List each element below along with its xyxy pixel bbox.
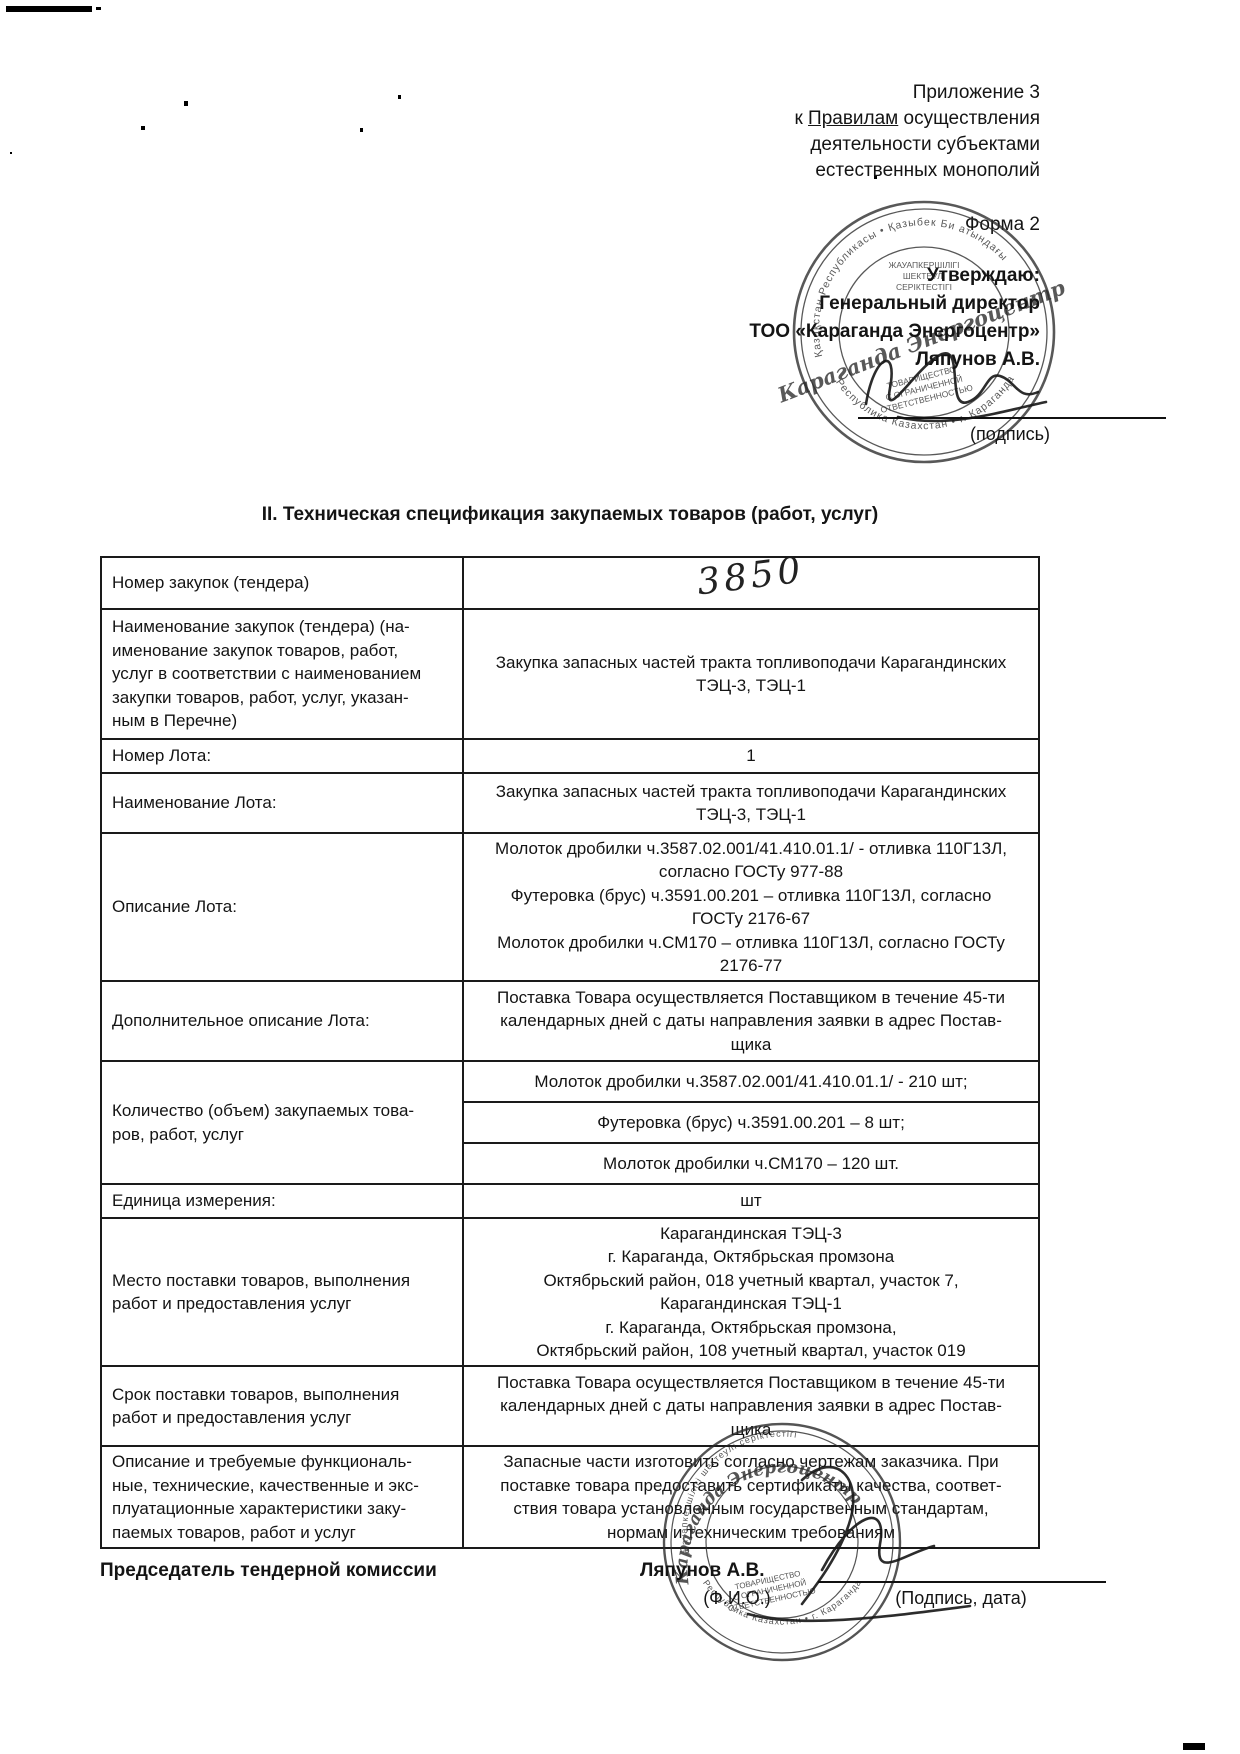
row-value: Карагандинская ТЭЦ-3 г. Караганда, Октяб… bbox=[463, 1218, 1039, 1366]
table-row: Наименование закупок (тендера) (на- имен… bbox=[101, 609, 1039, 739]
row-value: Молоток дробилки ч.СМ170 – 120 шт. bbox=[463, 1143, 1039, 1184]
table-row: Единица измерения: шт bbox=[101, 1184, 1039, 1218]
row-value: Поставка Товара осуществляется Поставщик… bbox=[463, 981, 1039, 1061]
footer-stamp: Жауапкершілігі шектеулі серіктестігі Рес… bbox=[652, 1418, 982, 1680]
scan-artifact-speck bbox=[10, 152, 12, 154]
table-row: Место поставки товаров, выполнения работ… bbox=[101, 1218, 1039, 1366]
row-value: 3850 bbox=[463, 557, 1039, 609]
table-row: Наименование Лота: Закупка запасных част… bbox=[101, 773, 1039, 833]
row-label: Наименование Лота: bbox=[101, 773, 463, 833]
row-label: Наименование закупок (тендера) (на- имен… bbox=[101, 609, 463, 739]
row-label: Номер Лота: bbox=[101, 739, 463, 773]
approval-company: ТОО «Караганда Энергоцентр» bbox=[500, 318, 1040, 346]
row-value: Футеровка (брус) ч.3591.00.201 – 8 шт; bbox=[463, 1102, 1039, 1143]
appendix-line: Приложение 3 bbox=[560, 80, 1040, 106]
scan-artifact-speck bbox=[96, 7, 101, 10]
table-row: Номер Лота: 1 bbox=[101, 739, 1039, 773]
signature-caption: (подпись) bbox=[900, 424, 1120, 445]
scanned-document-page: Приложение 3 к Правилам осуществления де… bbox=[0, 0, 1240, 1754]
scan-artifact-speck bbox=[184, 101, 188, 106]
signature-line bbox=[858, 417, 1166, 419]
footer-role: Председатель тендерной комиссии bbox=[100, 1560, 560, 1582]
appendix-line: деятельности субъектами bbox=[560, 132, 1040, 158]
scan-artifact-bar bbox=[6, 6, 92, 12]
section-title: II. Техническая спецификация закупаемых … bbox=[100, 504, 1040, 526]
row-value: Закупка запасных частей тракта топливопо… bbox=[463, 773, 1039, 833]
scan-artifact-speck bbox=[141, 126, 145, 130]
row-value: 1 bbox=[463, 739, 1039, 773]
table-row: Дополнительное описание Лота: Поставка Т… bbox=[101, 981, 1039, 1061]
approval-title: Утверждаю: bbox=[500, 262, 1040, 290]
sign-date-caption: (Подпись, дата) bbox=[856, 1588, 1066, 1609]
table-row: Описание Лота: Молоток дробилки ч.3587.0… bbox=[101, 833, 1039, 981]
row-label: Количество (объем) закупаемых това- ров,… bbox=[101, 1061, 463, 1184]
rules-link-text: Правилам bbox=[808, 108, 898, 129]
scan-artifact-speck bbox=[360, 128, 363, 132]
row-value: Молоток дробилки ч.3587.02.001/41.410.01… bbox=[463, 833, 1039, 981]
appendix-line: к Правилам осуществления bbox=[560, 106, 1040, 132]
row-label: Описание Лота: bbox=[101, 833, 463, 981]
approval-role: Генеральный директор bbox=[500, 290, 1040, 318]
row-label: Место поставки товаров, выполнения работ… bbox=[101, 1218, 463, 1366]
approval-block: Утверждаю: Генеральный директор ТОО «Кар… bbox=[500, 262, 1040, 374]
table-row: Количество (объем) закупаемых това- ров,… bbox=[101, 1061, 1039, 1102]
row-label: Описание и требуемые функциональ- ные, т… bbox=[101, 1446, 463, 1548]
footer-signature-line bbox=[818, 1581, 1106, 1583]
row-value: Молоток дробилки ч.3587.02.001/41.410.01… bbox=[463, 1061, 1039, 1102]
fio-caption: (Ф.И.О.) bbox=[672, 1588, 802, 1609]
footer-name: Ляпунов А.В. bbox=[640, 1560, 840, 1582]
appendix-line: естественных монополий bbox=[560, 158, 1040, 184]
spec-table: Номер закупок (тендера) 3850 Наименовани… bbox=[100, 556, 1040, 1549]
handwritten-tender-number: 3850 bbox=[696, 559, 806, 595]
scan-artifact-speck bbox=[398, 95, 401, 99]
row-label: Единица измерения: bbox=[101, 1184, 463, 1218]
approval-name: Ляпунов А.В. bbox=[500, 346, 1040, 374]
row-label: Номер закупок (тендера) bbox=[101, 557, 463, 609]
row-value: Закупка запасных частей тракта топливопо… bbox=[463, 609, 1039, 739]
table-row: Номер закупок (тендера) 3850 bbox=[101, 557, 1039, 609]
appendix-note: Приложение 3 к Правилам осуществления де… bbox=[560, 80, 1040, 184]
row-label: Дополнительное описание Лота: bbox=[101, 981, 463, 1061]
row-value: шт bbox=[463, 1184, 1039, 1218]
row-label: Срок поставки товаров, выполнения работ … bbox=[101, 1366, 463, 1446]
scan-artifact-dash bbox=[1183, 1743, 1205, 1750]
